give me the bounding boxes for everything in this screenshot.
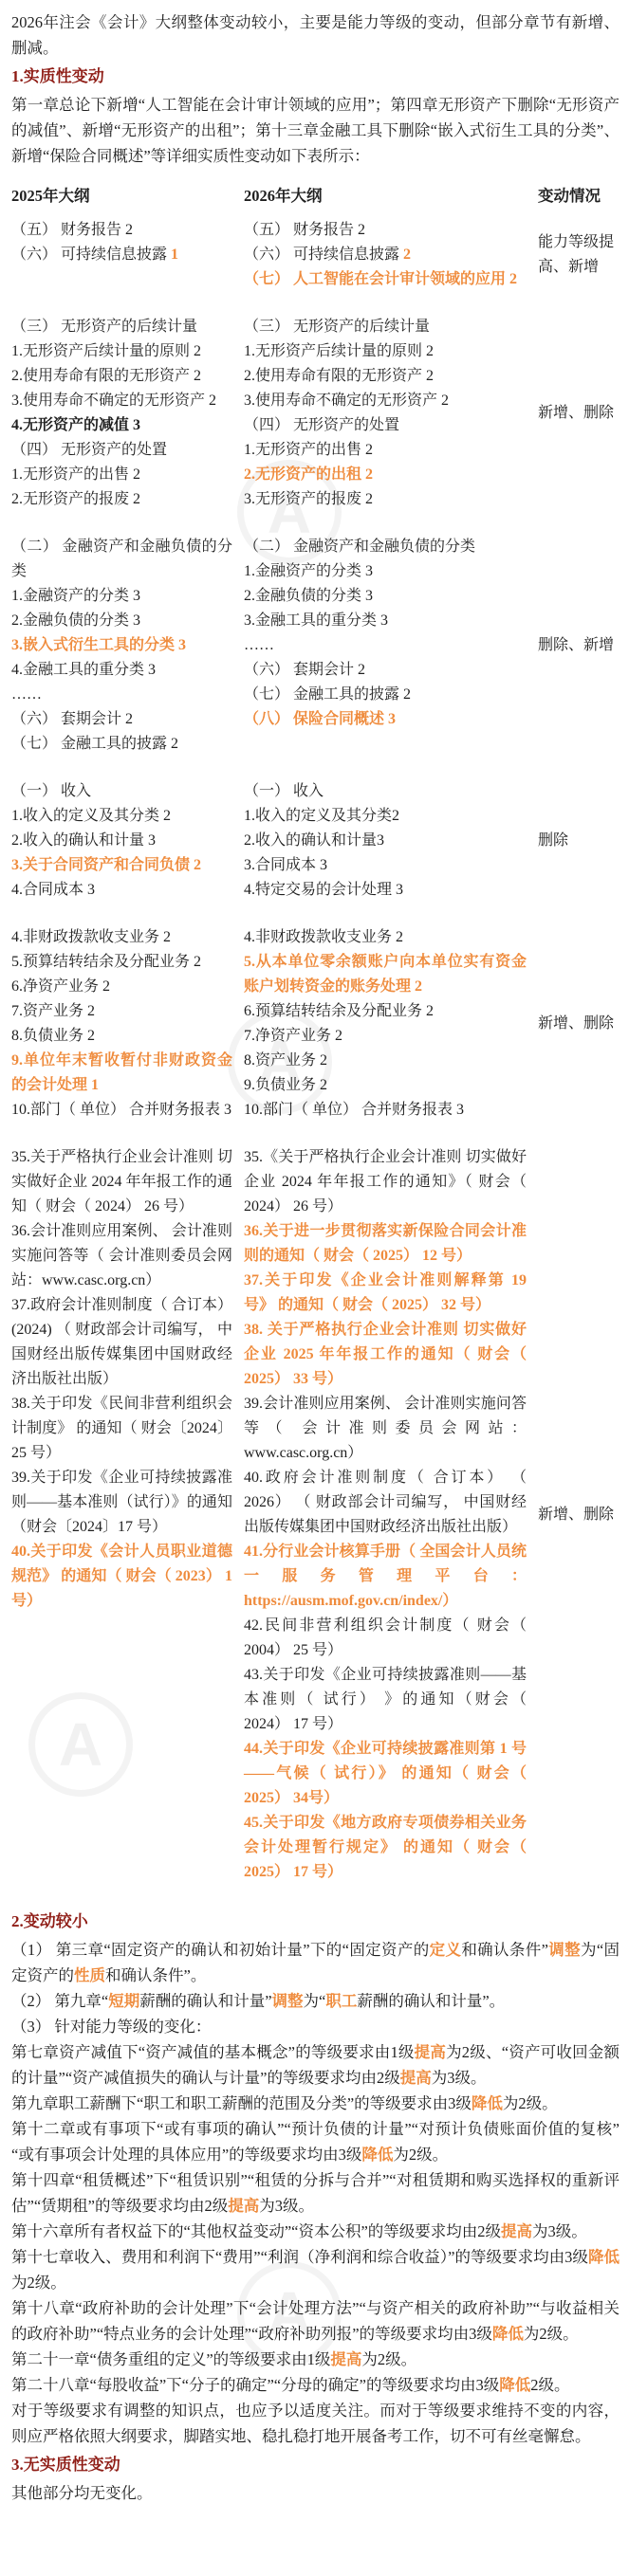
text-segment: 6.净资产业务 2 (11, 978, 110, 995)
outline-line: 3.合同成本 3 (244, 853, 527, 878)
cell-change-status: 能力等级提高、新增 (538, 218, 620, 292)
text-segment: 第九章职工薪酬下“职工和职工薪酬的范围及分类”的等级要求由3级 (11, 2094, 472, 2112)
text-segment: （三） 无形资产的后续计量 (244, 319, 430, 335)
highlighted-text: 降低 (492, 2325, 524, 2343)
text-segment: 为3级。 (532, 2222, 587, 2240)
highlighted-text: 5.从本单位零余额账户向本单位实有资金账户划转资金的账务处理 2 (244, 954, 527, 995)
syllabus-comparison-table: 2025年大纲 2026年大纲 变动情况 （五） 财务报告 2（六） 可持续信息… (11, 182, 620, 1885)
outline-line: 1.无形资产的出售 2 (244, 438, 527, 463)
text-segment: （六） 可持续信息披露 (244, 247, 403, 263)
text-segment: 3.使用寿命不确定的无形资产 2 (244, 393, 449, 409)
outline-line: （七） 金融工具的披露 2 (11, 732, 232, 757)
text-segment: 第七章资产减值下“资产减值的基本概念”的等级要求由1级 (11, 2043, 415, 2061)
text-segment: 4.特定交易的会计处理 3 (244, 882, 403, 898)
outline-line: （六） 套期会计 2 (244, 658, 527, 683)
outline-line: 3.使用寿命不确定的无形资产 2 (11, 389, 232, 413)
text-segment: （六） 套期会计 2 (244, 662, 365, 678)
change-status-text: 新增、删除 (538, 401, 614, 426)
change-detail-paragraph: 对于等级要求有调整的知识点，也应予以适度关注。而对于等级要求维持不变的内容，则应… (11, 2398, 620, 2449)
highlighted-text: （八） 保险合同概述 3 (244, 711, 396, 727)
text-segment: 2.无形资产的报废 2 (11, 491, 140, 507)
text-segment: 35.《关于严格执行企业会计准则 切实做好企业 2024 年年报工作的通知》（ … (244, 1149, 527, 1215)
cell-change-status: 新增、删除 (538, 315, 620, 512)
outline-line: 9.单位年末暂收暂付非财政资金的会计处理 1 (11, 1049, 232, 1098)
text-segment: 10.部门（ 单位） 合并财务报表 3 (244, 1102, 464, 1118)
text-segment: 为2级。 (503, 2094, 558, 2112)
text-segment: 39.关于印发《企业可持续披露准则——基本准则（试行）》的通知（财会〔2024〕… (11, 1470, 232, 1535)
table-row: （五） 财务报告 2（六） 可持续信息披露 1（五） 财务报告 2（六） 可持续… (11, 218, 620, 292)
highlighted-text: 38. 关于严格执行企业会计准则 切实做好企业 2025 年年报工作的通知（ 财… (244, 1322, 527, 1387)
outline-line: （五） 财务报告 2 (11, 218, 232, 243)
text-segment: 2.金融负债的分类 3 (11, 612, 140, 629)
column-header-change: 变动情况 (538, 182, 620, 210)
text-segment: 第十二章或有事项下“或有事项的确认”“预计负债的计量”“对预计负债账面价值的复核… (11, 2120, 620, 2164)
outline-line: 8.负债业务 2 (11, 1024, 232, 1049)
text-segment: （2） 第九章“ (11, 1992, 108, 2010)
text-segment: 7.资产业务 2 (11, 1003, 95, 1019)
highlighted-text: 降低 (472, 2094, 503, 2112)
change-detail-paragraph: 第十四章“租赁概述”下“租赁识别”“租赁的分拆与合并”“对租赁期和购买选择权的重… (11, 2167, 620, 2219)
highlighted-text: 降低 (588, 2248, 620, 2266)
highlighted-text: 41.分行业会计核算手册（ 全国会计人员统一服务管理平台： https://au… (244, 1544, 527, 1609)
outline-line: （八） 保险合同概述 3 (244, 707, 527, 732)
outline-line: （七） 金融工具的披露 2 (244, 683, 527, 707)
highlighted-text: 3.关于合同资产和合同负债 2 (11, 857, 201, 873)
outline-line: 4.无形资产的减值 3 (11, 413, 232, 438)
text-segment: 为2级。 (393, 2146, 448, 2164)
text-segment: 10.部门（ 单位） 合并财务报表 3 (11, 1102, 231, 1118)
text-segment: 3.金融工具的重分类 3 (244, 612, 388, 629)
section-1-paragraph: 第一章总论下新增“人工智能在会计审计领域的应用”；第四章无形资产下删除“无形资产… (11, 92, 620, 169)
text-segment: 7.净资产业务 2 (244, 1028, 342, 1044)
text-segment: 38.关于印发《民间非营利组织会计制度》 的通知（ 财会〔2024〕 25 号） (11, 1396, 232, 1461)
outline-line: 2.使用寿命有限的无形资产 2 (244, 364, 527, 389)
highlighted-text: 定义 (430, 1941, 462, 1959)
outline-line: （七） 人工智能在会计审计领域的应用 2 (244, 267, 527, 292)
text-segment: （二） 金融资产和金融负债的分类 (11, 539, 232, 579)
text-segment: 4.非财政拨款收支业务 2 (244, 929, 403, 945)
section-3-heading: 3.无实质性变动 (11, 2451, 620, 2479)
text-segment: （一） 收入 (244, 783, 324, 799)
cell-2026-outline: （五） 财务报告 2（六） 可持续信息披露 2（七） 人工智能在会计审计领域的应… (244, 218, 527, 292)
highlighted-text: 提高 (400, 2069, 432, 2087)
text-segment: 和确认条件”。 (105, 1966, 206, 1984)
column-header-2025: 2025年大纲 (11, 182, 232, 210)
intro-paragraph: 2026年注会《会计》大纲整体变动较小，主要是能力等级的变动，但部分章节有新增、… (11, 9, 620, 61)
highlighted-text: 36.关于进一步贯彻落实新保险合同会计准则的通知（ 财会（ 2025） 12 号… (244, 1223, 527, 1264)
text-segment: 和确认条件” (461, 1941, 548, 1959)
outline-line: 35.关于严格执行企业会计准则 切实做好企业 2024 年年报工作的通知（ 财会… (11, 1145, 232, 1219)
cell-2025-outline: 35.关于严格执行企业会计准则 切实做好企业 2024 年年报工作的通知（ 财会… (11, 1145, 232, 1885)
text-segment: 薪酬的确认和计量” (139, 1992, 271, 2010)
text-segment: 8.资产业务 2 (244, 1052, 327, 1069)
text-segment: （二） 金融资产和金融负债的分类 (244, 539, 475, 555)
cell-2025-outline: （一） 收入1.收入的定义及其分类 22.收入的确认和计量 33.关于合同资产和… (11, 779, 232, 903)
highlighted-text: 提高 (501, 2222, 532, 2240)
highlighted-text: 44.关于印发《企业可持续披露准则第 1 号——气候（ 试行）》 的通知（ 财会… (244, 1741, 527, 1806)
cell-change-status: 删除、新增 (538, 535, 620, 757)
text-segment: 42.民间非营利组织会计制度（ 财会（ 2004） 25 号） (244, 1617, 527, 1658)
outline-line: 36.关于进一步贯彻落实新保险合同会计准则的通知（ 财会（ 2025） 12 号… (244, 1219, 527, 1269)
highlighted-text: 45.关于印发《地方政府专项债券相关业务会计处理暂行规定》 的通知（ 财会（ 2… (244, 1815, 527, 1880)
text-segment: 2.收入的确认和计量3 (244, 832, 384, 849)
outline-line: 41.分行业会计核算手册（ 全国会计人员统一服务管理平台： https://au… (244, 1540, 527, 1614)
outline-line: 38. 关于严格执行企业会计准则 切实做好企业 2025 年年报工作的通知（ 财… (244, 1318, 527, 1392)
text-segment: 2级。 (530, 2376, 569, 2394)
outline-line: 1.无形资产后续计量的原则 2 (244, 339, 527, 364)
outline-line: （三） 无形资产的后续计量 (11, 315, 232, 339)
text-segment: 2.使用寿命有限的无形资产 2 (11, 368, 201, 384)
highlighted-text: 2 (403, 247, 411, 263)
outline-line: 4.合同成本 3 (11, 878, 232, 903)
change-status-text: 删除、新增 (538, 633, 614, 658)
text-segment: 为“ (304, 1992, 326, 2010)
outline-line: 10.部门（ 单位） 合并财务报表 3 (244, 1098, 527, 1123)
outline-line: 39.会计准则应用案例、 会计准则实施问答等（ 会计准则委员会网站：www.ca… (244, 1392, 527, 1466)
outline-line: 3.使用寿命不确定的无形资产 2 (244, 389, 527, 413)
change-detail-paragraph: （3） 针对能力等级的变化： (11, 2014, 620, 2039)
text-segment: 40.政府会计准则制度（ 合订本） （ 2026） （ 财政部会计司编写， 中国… (244, 1470, 527, 1535)
text-segment: 39.会计准则应用案例、 会计准则实施问答等（ 会计准则委员会网站：www.ca… (244, 1396, 527, 1461)
highlighted-text: 提高 (228, 2197, 259, 2215)
change-detail-paragraph: 第二十一章“债务重组的定义”的等级要求由1级提高为2级。 (11, 2347, 620, 2372)
table-row: （一） 收入1.收入的定义及其分类 22.收入的确认和计量 33.关于合同资产和… (11, 779, 620, 903)
table-row: （二） 金融资产和金融负债的分类1.金融资产的分类 32.金融负债的分类 33.… (11, 535, 620, 757)
outline-line: 3.嵌入式衍生工具的分类 3 (11, 633, 232, 658)
text-segment: 37.政府会计准则制度（ 合订本） (2024) （ 财政部会计司编写， 中国财… (11, 1297, 232, 1387)
outline-line: 1.收入的定义及其分类 2 (11, 804, 232, 829)
text-segment: 1.金融资产的分类 3 (11, 588, 140, 604)
outline-line: 44.关于印发《企业可持续披露准则第 1 号——气候（ 试行）》 的通知（ 财会… (244, 1737, 527, 1811)
text-segment: （五） 财务报告 2 (11, 222, 133, 238)
outline-line: 2.收入的确认和计量 3 (11, 829, 232, 853)
document-page: { "colors":{"accent_orange":"#ef8b3c","h… (0, 0, 629, 2576)
change-detail-paragraph: 第十六章所有者权益下的“其他权益变动”“资本公积”的等级要求均由2级提高为3级。 (11, 2219, 620, 2244)
text-segment: （1） 第三章“固定资产的确认和初始计量”下的“固定资产的 (11, 1941, 430, 1959)
outline-line: （三） 无形资产的后续计量 (244, 315, 527, 339)
outline-line: 5.预算结转结余及分配业务 2 (11, 950, 232, 975)
highlighted-text: 调整 (548, 1941, 581, 1959)
text-segment: 36.会计准则应用案例、 会计准则实施问答等（ 会计准则委员会网站：www.ca… (11, 1223, 232, 1288)
highlighted-text: 9.单位年末暂收暂付非财政资金的会计处理 1 (11, 1052, 232, 1093)
highlighted-text: 降低 (361, 2146, 393, 2164)
text-segment: 2.金融负债的分类 3 (244, 588, 373, 604)
section-3-paragraph: 其他部分均无变化。 (11, 2480, 620, 2506)
outline-line: 6.预算结转结余及分配业务 2 (244, 999, 527, 1024)
outline-line: 36.会计准则应用案例、 会计准则实施问答等（ 会计准则委员会网站：www.ca… (11, 1219, 232, 1293)
text-segment: 6.预算结转结余及分配业务 2 (244, 1003, 434, 1019)
text-segment: 4.合同成本 3 (11, 882, 95, 898)
text-segment: （3） 针对能力等级的变化： (11, 2018, 211, 2036)
cell-2025-outline: （三） 无形资产的后续计量1.无形资产后续计量的原则 22.使用寿命有限的无形资… (11, 315, 232, 512)
outline-line: 4.非财政拨款收支业务 2 (11, 925, 232, 950)
outline-line: 6.净资产业务 2 (11, 975, 232, 999)
text-segment: 2.收入的确认和计量 3 (11, 832, 156, 849)
text-segment: （六） 套期会计 2 (11, 711, 133, 727)
outline-line: （一） 收入 (11, 779, 232, 804)
text-segment: 对于等级要求有调整的知识点，也应予以适度关注。而对于等级要求维持不变的内容，则应… (11, 2402, 620, 2445)
highlighted-text: 提高 (330, 2350, 361, 2368)
text-segment: （三） 无形资产的后续计量 (11, 319, 197, 335)
text-segment: 3.合同成本 3 (244, 857, 327, 873)
cell-2026-outline: （二） 金融资产和金融负债的分类1.金融资产的分类 32.金融负债的分类 33.… (244, 535, 527, 757)
text-segment: 1.无形资产后续计量的原则 2 (11, 343, 201, 359)
outline-line: 10.部门（ 单位） 合并财务报表 3 (11, 1098, 232, 1123)
outline-line: 38.关于印发《民间非营利组织会计制度》 的通知（ 财会〔2024〕 25 号） (11, 1392, 232, 1466)
outline-line: 3.关于合同资产和合同负债 2 (11, 853, 232, 878)
cell-change-status: 新增、删除 (538, 925, 620, 1123)
outline-line: （二） 金融资产和金融负债的分类 (11, 535, 232, 584)
change-detail-paragraph: 第十二章或有事项下“或有事项的确认”“预计负债的计量”“对预计负债账面价值的复核… (11, 2116, 620, 2167)
table-rows-container: （五） 财务报告 2（六） 可持续信息披露 1（五） 财务报告 2（六） 可持续… (11, 218, 620, 1885)
cell-2026-outline: 4.非财政拨款收支业务 25.从本单位零余额账户向本单位实有资金账户划转资金的账… (244, 925, 527, 1123)
section-2-heading: 2.变动较小 (11, 1908, 620, 1936)
highlighted-text: 37.关于印发《企业会计准则解释第 19 号》 的通知（ 财会（ 2025） 3… (244, 1272, 527, 1313)
outline-line: 2.收入的确认和计量3 (244, 829, 527, 853)
text-segment: 43.关于印发《企业可持续披露准则——基本准则（ 试行） 》的通知（财会（ 20… (244, 1667, 527, 1732)
outline-line: …… (244, 633, 527, 658)
table-row: 35.关于严格执行企业会计准则 切实做好企业 2024 年年报工作的通知（ 财会… (11, 1145, 620, 1885)
text-segment: …… (244, 637, 274, 653)
text-segment: 为2级。 (524, 2325, 579, 2343)
outline-line: 45.关于印发《地方政府专项债券相关业务会计处理暂行规定》 的通知（ 财会（ 2… (244, 1811, 527, 1885)
outline-line: 2.无形资产的出租 2 (244, 463, 527, 487)
text-segment: （七） 金融工具的披露 2 (244, 686, 411, 703)
text-segment: 4.无形资产的减值 3 (11, 417, 140, 433)
outline-line: 2.金融负债的分类 3 (11, 609, 232, 633)
text-segment: 1.收入的定义及其分类2 (244, 808, 399, 824)
text-segment: 1.无形资产的出售 2 (11, 466, 140, 483)
outline-line: （六） 可持续信息披露 1 (11, 243, 232, 267)
highlighted-text: 40.关于印发《会计人员职业道德规范》 的通知（ 财会（ 2023） 1 号） (11, 1544, 232, 1609)
outline-line: 1.金融资产的分类 3 (244, 559, 527, 584)
text-segment: 35.关于严格执行企业会计准则 切实做好企业 2024 年年报工作的通知（ 财会… (11, 1149, 232, 1215)
highlighted-text: 2.无形资产的出租 2 (244, 466, 373, 483)
highlighted-text: 提高 (415, 2043, 446, 2061)
cell-2025-outline: 4.非财政拨款收支业务 25.预算结转结余及分配业务 26.净资产业务 27.资… (11, 925, 232, 1123)
text-segment: 1.收入的定义及其分类 2 (11, 808, 171, 824)
article-body: 2026年注会《会计》大纲整体变动较小，主要是能力等级的变动，但部分章节有新增、… (0, 0, 629, 2525)
highlighted-text: 性质 (74, 1966, 105, 1984)
outline-line: 4.特定交易的会计处理 3 (244, 878, 527, 903)
text-segment: 1.金融资产的分类 3 (244, 563, 373, 579)
text-segment: 第十六章所有者权益下的“其他权益变动”“资本公积”的等级要求均由2级 (11, 2222, 501, 2240)
highlighted-text: 3.嵌入式衍生工具的分类 3 (11, 637, 186, 653)
change-status-text: 新增、删除 (538, 1012, 614, 1036)
outline-line: （六） 可持续信息披露 2 (244, 243, 527, 267)
outline-line: 7.净资产业务 2 (244, 1024, 527, 1049)
outline-line: （四） 无形资产的处置 (11, 438, 232, 463)
text-segment: 5.预算结转结余及分配业务 2 (11, 954, 201, 970)
change-detail-paragraph: 第十八章“政府补助的会计处理”下“会计处理方法”“与资产相关的政府补助”“与收益… (11, 2295, 620, 2347)
cell-change-status: 新增、删除 (538, 1145, 620, 1885)
text-segment: 为2级。 (11, 2274, 66, 2292)
text-segment: 8.负债业务 2 (11, 1028, 95, 1044)
table-row: 4.非财政拨款收支业务 25.预算结转结余及分配业务 26.净资产业务 27.资… (11, 925, 620, 1123)
text-segment: （六） 可持续信息披露 (11, 247, 171, 263)
outline-line: 2.无形资产的报废 2 (11, 487, 232, 512)
text-segment: 第十四章“租赁概述”下“租赁识别”“租赁的分拆与合并”“对租赁期和购买选择权的重… (11, 2171, 620, 2215)
text-segment: 为2级。 (361, 2350, 416, 2368)
cell-2026-outline: （三） 无形资产的后续计量1.无形资产后续计量的原则 22.使用寿命有限的无形资… (244, 315, 527, 512)
text-segment: （四） 无形资产的处置 (11, 442, 167, 458)
text-segment: 1.无形资产后续计量的原则 2 (244, 343, 434, 359)
column-header-2026: 2026年大纲 (244, 182, 527, 210)
text-segment: 4.金融工具的重分类 3 (11, 662, 156, 678)
highlighted-text: 1 (171, 247, 178, 263)
outline-line: 42.民间非营利组织会计制度（ 财会（ 2004） 25 号） (244, 1614, 527, 1663)
change-detail-paragraph: 第十七章收入、费用和利润下“费用”“利润（净利润和综合收益）”的等级要求均由3级… (11, 2244, 620, 2295)
outline-line: 7.资产业务 2 (11, 999, 232, 1024)
table-row: （三） 无形资产的后续计量1.无形资产后续计量的原则 22.使用寿命有限的无形资… (11, 315, 620, 512)
outline-line: 2.使用寿命有限的无形资产 2 (11, 364, 232, 389)
outline-line: 4.非财政拨款收支业务 2 (244, 925, 527, 950)
outline-line: 37.关于印发《企业会计准则解释第 19 号》 的通知（ 财会（ 2025） 3… (244, 1269, 527, 1318)
cell-2025-outline: （二） 金融资产和金融负债的分类1.金融资产的分类 32.金融负债的分类 33.… (11, 535, 232, 757)
change-detail-paragraph: （2） 第九章“短期薪酬的确认和计量”调整为“职工薪酬的确认和计量”。 (11, 1988, 620, 2014)
change-detail-paragraph: 第二十八章“每股收益”下“分子的确定”“分母的确定”的等级要求均由3级降低2级。 (11, 2372, 620, 2398)
outline-line: 43.关于印发《企业可持续披露准则——基本准则（ 试行） 》的通知（财会（ 20… (244, 1663, 527, 1737)
text-segment: …… (11, 686, 42, 703)
outline-line: 3.金融工具的重分类 3 (244, 609, 527, 633)
outline-line: 1.无形资产后续计量的原则 2 (11, 339, 232, 364)
text-segment: 1.无形资产的出售 2 (244, 442, 373, 458)
outline-line: 2.金融负债的分类 3 (244, 584, 527, 609)
table-header-row: 2025年大纲 2026年大纲 变动情况 (11, 182, 620, 210)
text-segment: 9.负债业务 2 (244, 1077, 327, 1093)
outline-line: （一） 收入 (244, 779, 527, 804)
outline-line: 3.无形资产的报废 2 (244, 487, 527, 512)
outline-line: …… (11, 683, 232, 707)
text-segment: 第二十八章“每股收益”下“分子的确定”“分母的确定”的等级要求均由3级 (11, 2376, 499, 2394)
cell-2026-outline: 35.《关于严格执行企业会计准则 切实做好企业 2024 年年报工作的通知》（ … (244, 1145, 527, 1885)
highlighted-text: 调整 (272, 1992, 304, 2010)
highlighted-text: （七） 人工智能在会计审计领域的应用 2 (244, 271, 517, 287)
text-segment: 第二十一章“债务重组的定义”的等级要求由1级 (11, 2350, 330, 2368)
change-detail-paragraph: （1） 第三章“固定资产的确认和初始计量”下的“固定资产的定义和确认条件”调整为… (11, 1937, 620, 1988)
outline-line: 40.关于印发《会计人员职业道德规范》 的通知（ 财会（ 2023） 1 号） (11, 1540, 232, 1614)
text-segment: 薪酬的确认和计量”。 (357, 1992, 505, 2010)
text-segment: （四） 无形资产的处置 (244, 417, 399, 433)
section-1-heading: 1.实质性变动 (11, 63, 620, 91)
outline-line: 5.从本单位零余额账户向本单位实有资金账户划转资金的账务处理 2 (244, 950, 527, 999)
outline-line: （四） 无形资产的处置 (244, 413, 527, 438)
text-segment: （七） 金融工具的披露 2 (11, 736, 178, 752)
change-status-text: 删除 (538, 829, 568, 853)
outline-line: 1.金融资产的分类 3 (11, 584, 232, 609)
text-segment: 4.非财政拨款收支业务 2 (11, 929, 171, 945)
text-segment: 第十七章收入、费用和利润下“费用”“利润（净利润和综合收益）”的等级要求均由3级 (11, 2248, 588, 2266)
change-status-text: 新增、删除 (538, 1503, 614, 1527)
change-status-text: 能力等级提高、新增 (538, 230, 620, 280)
section-2-paragraphs: （1） 第三章“固定资产的确认和初始计量”下的“固定资产的定义和确认条件”调整为… (11, 1937, 620, 2449)
outline-line: 35.《关于严格执行企业会计准则 切实做好企业 2024 年年报工作的通知》（ … (244, 1145, 527, 1219)
text-segment: 为3级。 (432, 2069, 487, 2087)
highlighted-text: 职工 (325, 1992, 357, 2010)
outline-line: 40.政府会计准则制度（ 合订本） （ 2026） （ 财政部会计司编写， 中国… (244, 1466, 527, 1540)
cell-2026-outline: （一） 收入1.收入的定义及其分类22.收入的确认和计量33.合同成本 34.特… (244, 779, 527, 903)
text-segment: 3.使用寿命不确定的无形资产 2 (11, 393, 216, 409)
outline-line: 9.负债业务 2 (244, 1073, 527, 1098)
outline-line: 1.收入的定义及其分类2 (244, 804, 527, 829)
change-detail-paragraph: 第七章资产减值下“资产减值的基本概念”的等级要求由1级提高为2级、“资产可收回金… (11, 2039, 620, 2091)
section-2: 2.变动较小 （1） 第三章“固定资产的确认和初始计量”下的“固定资产的定义和确… (11, 1908, 620, 2449)
change-detail-paragraph: 第九章职工薪酬下“职工和职工薪酬的范围及分类”的等级要求由3级降低为2级。 (11, 2091, 620, 2116)
outline-line: 39.关于印发《企业可持续披露准则——基本准则（试行）》的通知（财会〔2024〕… (11, 1466, 232, 1540)
outline-line: 8.资产业务 2 (244, 1049, 527, 1073)
highlighted-text: 降低 (499, 2376, 530, 2394)
text-segment: 为3级。 (259, 2197, 314, 2215)
cell-change-status: 删除 (538, 779, 620, 903)
highlighted-text: 短期 (108, 1992, 139, 2010)
outline-line: 37.政府会计准则制度（ 合订本） (2024) （ 财政部会计司编写， 中国财… (11, 1293, 232, 1392)
outline-line: （五） 财务报告 2 (244, 218, 527, 243)
text-segment: （五） 财务报告 2 (244, 222, 365, 238)
outline-line: （六） 套期会计 2 (11, 707, 232, 732)
text-segment: 3.无形资产的报废 2 (244, 491, 373, 507)
text-segment: 2.使用寿命有限的无形资产 2 (244, 368, 434, 384)
outline-line: 1.无形资产的出售 2 (11, 463, 232, 487)
text-segment: （一） 收入 (11, 783, 91, 799)
cell-2025-outline: （五） 财务报告 2（六） 可持续信息披露 1 (11, 218, 232, 292)
outline-line: 4.金融工具的重分类 3 (11, 658, 232, 683)
outline-line: （二） 金融资产和金融负债的分类 (244, 535, 527, 559)
